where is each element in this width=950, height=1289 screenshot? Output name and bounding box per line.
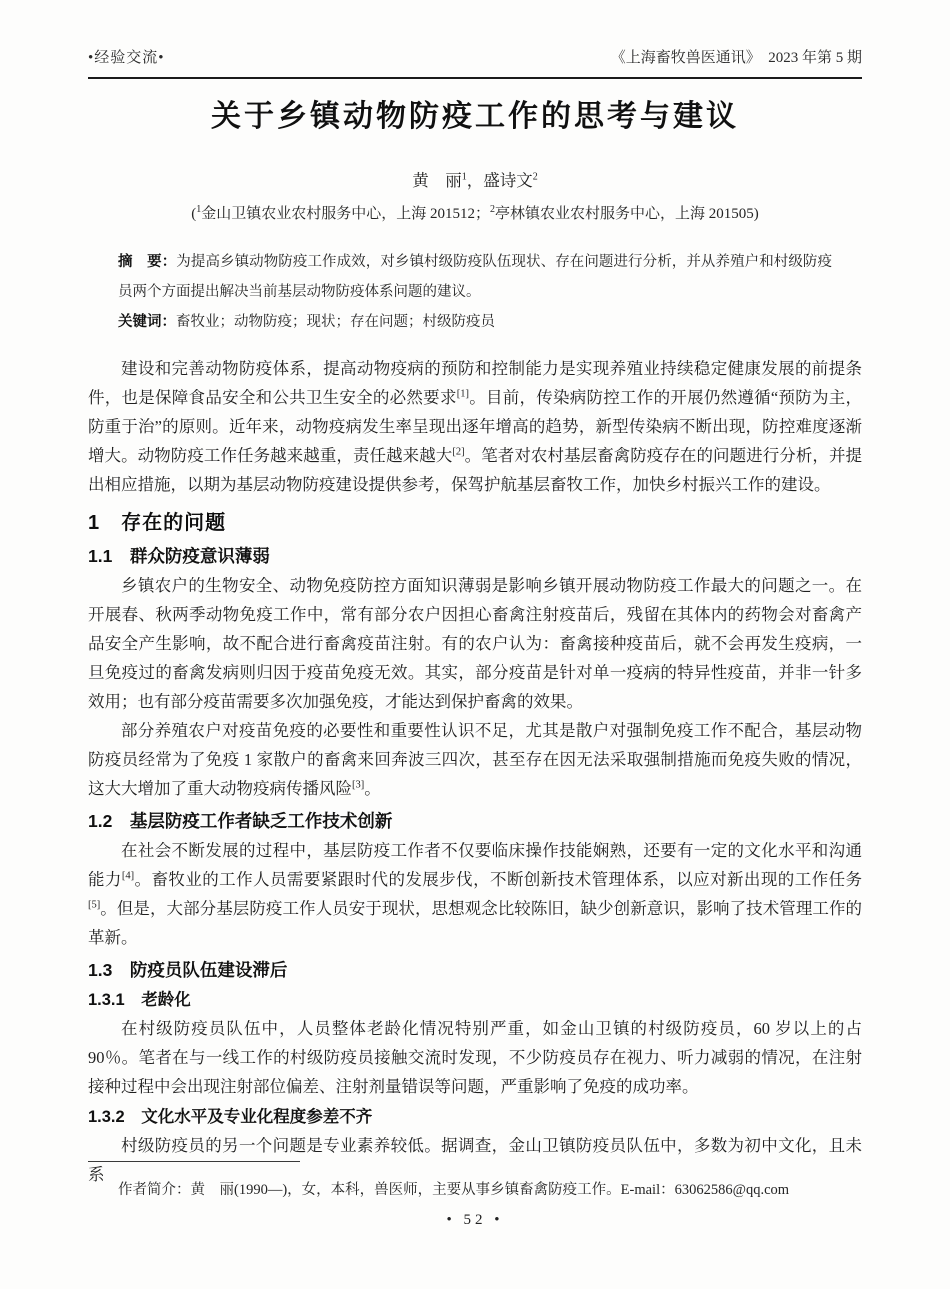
affiliation-superscript: 1 (196, 204, 201, 215)
section-heading: 1 存在的问题 (88, 508, 862, 538)
subsubsection-heading: 1.3.2 文化水平及专业化程度参差不齐 (88, 1105, 862, 1130)
affiliation-superscript: 2 (490, 204, 495, 215)
author-bio-footnote: 作者简介：黄 丽(1990—)，女，本科，兽医师，主要从事乡镇畜禽防疫工作。E-… (118, 1178, 862, 1202)
page-title: 关于乡镇动物防疫工作的思考与建议 (88, 97, 862, 137)
abstract-label: 摘 要： (118, 254, 176, 270)
citation-marker: [1] (457, 389, 469, 400)
header-divider-rule (88, 77, 862, 79)
abstract-block: 摘 要：为提高乡镇动物防疫工作成效，对乡镇村级防疫队伍现状、存在问题进行分析，并… (118, 247, 832, 337)
paragraph: 建设和完善动物防疫体系，提高动物疫病的预防和控制能力是实现养殖业持续稳定健康发展… (88, 354, 862, 499)
paragraph: 乡镇农户的生物安全、动物免疫防控方面知识薄弱是影响乡镇开展动物防疫工作最大的问题… (88, 571, 862, 716)
keywords-label: 关键词： (118, 314, 176, 330)
citation-marker: [2] (452, 447, 464, 458)
keywords-text: 畜牧业；动物防疫；现状；存在问题；村级防疫员 (176, 314, 495, 330)
footnote-divider-rule (88, 1161, 300, 1162)
author-superscript: 1 (462, 172, 467, 183)
abstract-line: 摘 要：为提高乡镇动物防疫工作成效，对乡镇村级防疫队伍现状、存在问题进行分析，并… (118, 247, 832, 307)
keywords-line: 关键词：畜牧业；动物防疫；现状；存在问题；村级防疫员 (118, 307, 832, 337)
running-head: •经验交流• 《上海畜牧兽医通讯》 2023 年第 5 期 (88, 0, 862, 67)
paragraph: 在社会不断发展的过程中，基层防疫工作者不仅要临床操作技能娴熟，还要有一定的文化水… (88, 836, 862, 952)
page-number: • 52 • (0, 1212, 950, 1229)
citation-marker: [3] (352, 780, 364, 791)
journal-issue-label: 《上海畜牧兽医通讯》 2023 年第 5 期 (611, 46, 862, 67)
authors-line: 黄 丽1，盛诗文2 (88, 167, 862, 191)
paragraph: 部分养殖农户对疫苗免疫的必要性和重要性认识不足，尤其是散户对强制免疫工作不配合，… (88, 716, 862, 803)
column-label: •经验交流• (88, 46, 165, 67)
subsubsection-heading: 1.3.1 老龄化 (88, 988, 862, 1013)
abstract-text: 为提高乡镇动物防疫工作成效，对乡镇村级防疫队伍现状、存在问题进行分析，并从养殖户… (118, 254, 832, 300)
paragraph: 在村级防疫员队伍中，人员整体老龄化情况特别严重，如金山卫镇的村级防疫员，60 岁… (88, 1014, 862, 1101)
subsection-heading: 1.2 基层防疫工作者缺乏工作技术创新 (88, 808, 862, 835)
affiliation-line: (1金山卫镇农业农村服务中心，上海 201512；2亭林镇农业农村服务中心，上海… (88, 202, 862, 223)
citation-marker: [4] (122, 871, 134, 882)
subsection-heading: 1.3 防疫员队伍建设滞后 (88, 957, 862, 984)
article-body: 建设和完善动物防疫体系，提高动物疫病的预防和控制能力是实现养殖业持续稳定健康发展… (88, 354, 862, 1189)
journal-page: •经验交流• 《上海畜牧兽医通讯》 2023 年第 5 期 关于乡镇动物防疫工作… (0, 0, 950, 1289)
citation-marker: [5] (88, 900, 100, 911)
author-superscript: 2 (533, 172, 538, 183)
subsection-heading: 1.1 群众防疫意识薄弱 (88, 543, 862, 570)
